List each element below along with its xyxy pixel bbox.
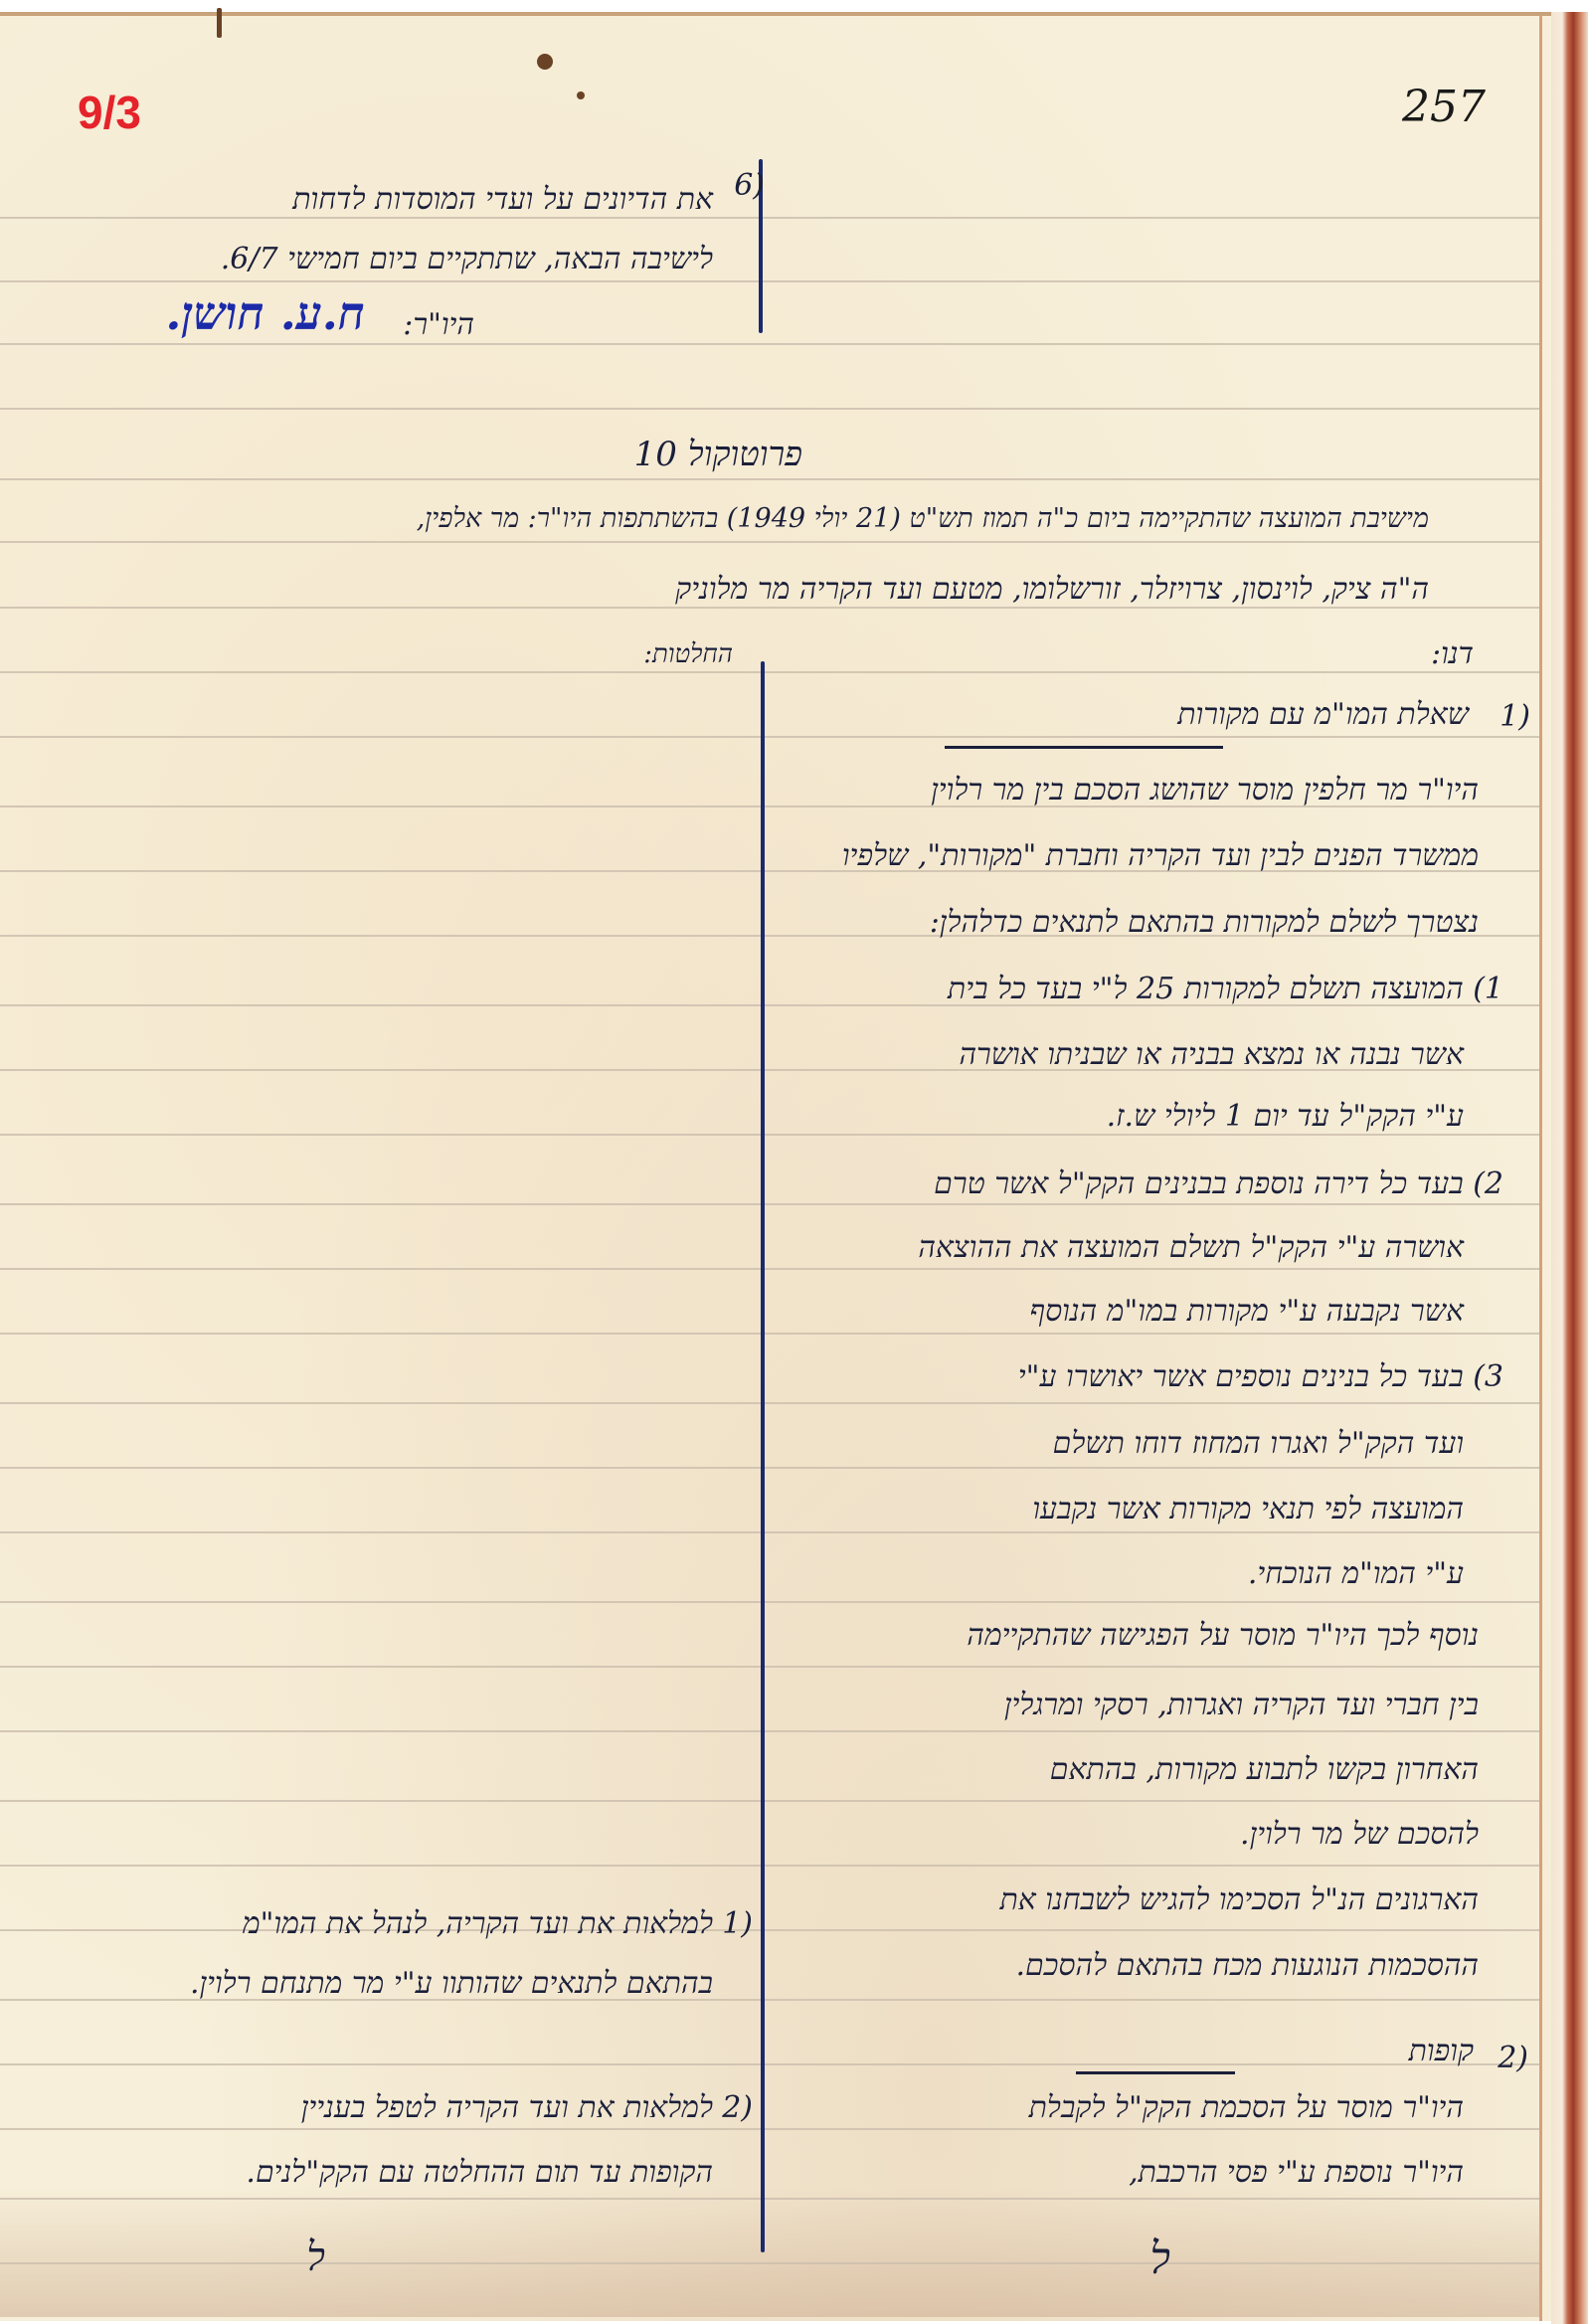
top-note-line: לישיבה הבאה, שתתקיים ביום חמישי 6/7. bbox=[221, 245, 713, 274]
ruled-line bbox=[0, 1730, 1539, 1732]
section-1-line: בין חברי ועד הקריה ואגרות, רסקי ומרגלין bbox=[1004, 1691, 1479, 1720]
section-1-heading: שאלת המו"מ עם מקורות bbox=[1177, 700, 1469, 730]
section-1-number: 1) bbox=[1500, 702, 1530, 732]
ruled-line bbox=[0, 478, 1539, 480]
end-mark: ל bbox=[306, 2237, 325, 2277]
discussed-label: דנו: bbox=[1431, 639, 1474, 669]
decision-1-line: בהתאם לתנאים שהותוו ע"י מר מתנחם רלוין. bbox=[190, 1969, 713, 1999]
ruled-line bbox=[0, 343, 1539, 345]
top-note-item-number: 6) bbox=[734, 171, 765, 201]
ruled-line bbox=[0, 736, 1539, 738]
ruled-line bbox=[0, 1134, 1539, 1136]
subitem-line: ע"י הקק"ל עד יום 1 ליולי ש.ז. bbox=[1107, 1102, 1464, 1132]
ruled-line bbox=[0, 408, 1539, 410]
protocol-intro-line: ה"ה ציק, לוינסון, צרויזלר, זורשלומו, מטע… bbox=[675, 575, 1429, 605]
subitem-line: אשר נבנה או נמצא בבניה או שבניתו אושרה bbox=[959, 1040, 1464, 1070]
section-1-line: האחרון בקשו לתבוע מקורות, בהתאם bbox=[1050, 1755, 1479, 1785]
section-1-line: ממשרד הפנים לבין ועד הקריה וחברת "מקורות… bbox=[842, 841, 1479, 871]
ruled-line bbox=[0, 2262, 1539, 2264]
section-1-heading-underline bbox=[945, 746, 1223, 749]
ruled-line bbox=[0, 607, 1539, 609]
page-number: 257 bbox=[1402, 82, 1486, 132]
section-1-line: הארגונים הנ"ל הסכימו להגיש לשבחנו את bbox=[999, 1885, 1479, 1915]
ruled-line bbox=[0, 2198, 1539, 2200]
ruled-line bbox=[0, 1865, 1539, 1867]
decision-2-number: 2) bbox=[722, 2093, 753, 2123]
ruled-line bbox=[0, 541, 1539, 543]
chairman-label: היו"ר: bbox=[403, 310, 474, 340]
ruled-line bbox=[0, 1601, 1539, 1603]
column-divider bbox=[761, 661, 765, 2252]
subitem-line: 2) בעד כל דירה נוספת בבנינים הקק"ל אשר ט… bbox=[934, 1169, 1503, 1199]
ruled-line bbox=[0, 1203, 1539, 1205]
ink-stain bbox=[217, 8, 222, 38]
ruled-line bbox=[0, 1531, 1539, 1533]
ruled-line bbox=[0, 671, 1539, 673]
end-mark: ל bbox=[1149, 2237, 1170, 2281]
ruled-line bbox=[0, 217, 1539, 219]
section-2-heading: קופות bbox=[1409, 2037, 1474, 2066]
ruled-line bbox=[0, 280, 1539, 282]
decision-1-line: למלאות את ועד הקריה, לנהל את המו"מ bbox=[243, 1909, 713, 1939]
section-1-line: היו"ר מר חלפין מוסר שהושג הסכם בין מר רל… bbox=[931, 776, 1479, 805]
archive-label: 9/3 bbox=[78, 86, 141, 139]
subitem-line: ע"י המו"מ הנוכחי. bbox=[1248, 1559, 1464, 1589]
ruled-line bbox=[0, 2063, 1539, 2065]
decision-1-number: 1) bbox=[722, 1909, 753, 1939]
top-note-line: את הדיונים על ועדי המוסדות לדחות bbox=[292, 185, 713, 215]
section-2-line: היו"ר מוסר על הסכמת הקק"ל לקבלת bbox=[1029, 2093, 1464, 2123]
subitem-line: המועצה לפי תנאי מקורות אשר נקבעו bbox=[1032, 1495, 1464, 1524]
signature: ח.ע. חושן. bbox=[165, 290, 365, 336]
ruled-line bbox=[0, 1268, 1539, 1270]
subitem-line: 1) המועצה תשלם למקורות 25 ל"י בעד כל בית bbox=[948, 975, 1503, 1004]
subitem-line: 3) בעד כל בנינים נוספים אשר יאושרו ע"י bbox=[1018, 1362, 1503, 1392]
book-edge bbox=[1551, 12, 1588, 2324]
section-2-heading-underline bbox=[1076, 2071, 1235, 2074]
section-1-line: נוסף לכך היו"ר מוסר על הפגישה שהתקיימה bbox=[967, 1621, 1479, 1651]
section-2-number: 2) bbox=[1498, 2044, 1528, 2073]
ruled-line bbox=[0, 1402, 1539, 1404]
ruled-line bbox=[0, 1666, 1539, 1668]
protocol-title: פרוטוקול 10 bbox=[634, 438, 802, 471]
subitem-line: ועד הקק"ל ואגרו המחוז דוחו תשלם bbox=[1053, 1429, 1464, 1459]
paper-stain bbox=[0, 2188, 1539, 2317]
ruled-line bbox=[0, 1467, 1539, 1469]
subitem-line: אושרה ע"י הקק"ל תשלם המועצה את ההוצאה bbox=[918, 1233, 1464, 1263]
ruled-line bbox=[0, 2128, 1539, 2130]
ruled-line bbox=[0, 1800, 1539, 1802]
decision-2-line: הקופות עד תום ההחלטה עם הקק"לנים. bbox=[246, 2158, 713, 2188]
section-1-line: ההסכמות הנוגעות מכח בהתאם להסכם. bbox=[1016, 1951, 1480, 1981]
section-1-line: נצטרך לשלם למקורות בהתאם לתנאים כדלהלן: bbox=[930, 908, 1479, 938]
ruled-line bbox=[0, 1929, 1539, 1931]
subitem-line: אשר נקבעה ע"י מקורות במו"מ הנוסף bbox=[1030, 1297, 1464, 1327]
decision-2-line: למלאות את ועד הקריה לטפל בעניין bbox=[301, 2093, 713, 2123]
section-2-line: היו"ר נוספת ע"י פסי הרכבת, bbox=[1129, 2158, 1464, 2188]
ink-stain bbox=[537, 54, 553, 70]
ruled-line bbox=[0, 1333, 1539, 1335]
page-border bbox=[1539, 16, 1542, 2321]
ink-stain bbox=[577, 91, 585, 99]
section-1-line: להסכם של מר רלוין. bbox=[1240, 1820, 1479, 1850]
decisions-label: החלטות: bbox=[643, 641, 733, 667]
protocol-intro-line: מישיבת המועצה שהתקיימה ביום כ"ה תמוז תש"… bbox=[417, 505, 1429, 532]
